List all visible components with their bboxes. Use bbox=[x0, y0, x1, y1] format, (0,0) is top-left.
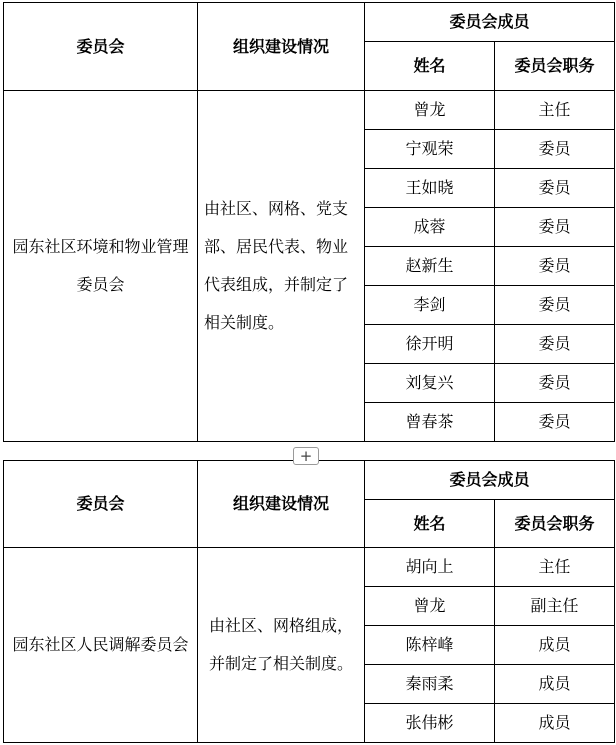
header-organization: 组织建设情况 bbox=[198, 3, 365, 91]
member-role: 成员 bbox=[495, 626, 615, 665]
committee-table-mediation: 委员会 组织建设情况 委员会成员 姓名 委员会职务 园东社区人民调解委员会 由社… bbox=[3, 460, 615, 743]
member-role: 委员 bbox=[495, 247, 615, 286]
member-name: 曾龙 bbox=[365, 91, 495, 130]
header-name: 姓名 bbox=[365, 500, 495, 548]
member-role: 委员 bbox=[495, 364, 615, 403]
header-committee: 委员会 bbox=[4, 461, 198, 548]
header-name: 姓名 bbox=[365, 42, 495, 91]
header-members-group: 委员会成员 bbox=[365, 3, 615, 42]
member-name: 胡向上 bbox=[365, 548, 495, 587]
committee-name: 园东社区环境和物业管理委员会 bbox=[4, 91, 198, 442]
table-row: 园东社区人民调解委员会 由社区、网格组成，并制定了相关制度。 胡向上 主任 bbox=[4, 548, 615, 587]
committee-table-environment: 委员会 组织建设情况 委员会成员 姓名 委员会职务 园东社区环境和物业管理委员会… bbox=[3, 2, 615, 442]
header-role: 委员会职务 bbox=[495, 42, 615, 91]
header-committee: 委员会 bbox=[4, 3, 198, 91]
member-role: 主任 bbox=[495, 548, 615, 587]
member-role: 委员 bbox=[495, 403, 615, 442]
header-members-group: 委员会成员 bbox=[365, 461, 615, 500]
member-role: 委员 bbox=[495, 325, 615, 364]
organization-desc: 由社区、网格、党支部、居民代表、物业代表组成，并制定了相关制度。 bbox=[198, 91, 365, 442]
member-role: 委员 bbox=[495, 130, 615, 169]
add-table-button[interactable]: + bbox=[293, 447, 319, 465]
member-name: 秦雨柔 bbox=[365, 665, 495, 704]
member-role: 主任 bbox=[495, 91, 615, 130]
member-role: 成员 bbox=[495, 704, 615, 743]
member-name: 李剑 bbox=[365, 286, 495, 325]
plus-icon: + bbox=[300, 449, 313, 464]
member-role: 委员 bbox=[495, 169, 615, 208]
member-role: 委员 bbox=[495, 208, 615, 247]
member-name: 陈梓峰 bbox=[365, 626, 495, 665]
member-role: 成员 bbox=[495, 665, 615, 704]
member-role: 副主任 bbox=[495, 587, 615, 626]
member-name: 宁观荣 bbox=[365, 130, 495, 169]
member-name: 王如晓 bbox=[365, 169, 495, 208]
organization-desc: 由社区、网格组成，并制定了相关制度。 bbox=[198, 548, 365, 743]
table-row: 园东社区环境和物业管理委员会 由社区、网格、党支部、居民代表、物业代表组成，并制… bbox=[4, 91, 615, 130]
header-role: 委员会职务 bbox=[495, 500, 615, 548]
member-name: 刘复兴 bbox=[365, 364, 495, 403]
member-name: 徐开明 bbox=[365, 325, 495, 364]
member-name: 曾春茶 bbox=[365, 403, 495, 442]
header-organization: 组织建设情况 bbox=[198, 461, 365, 548]
member-name: 赵新生 bbox=[365, 247, 495, 286]
member-name: 张伟彬 bbox=[365, 704, 495, 743]
member-role: 委员 bbox=[495, 286, 615, 325]
member-name: 曾龙 bbox=[365, 587, 495, 626]
member-name: 成蓉 bbox=[365, 208, 495, 247]
committee-name: 园东社区人民调解委员会 bbox=[4, 548, 198, 743]
